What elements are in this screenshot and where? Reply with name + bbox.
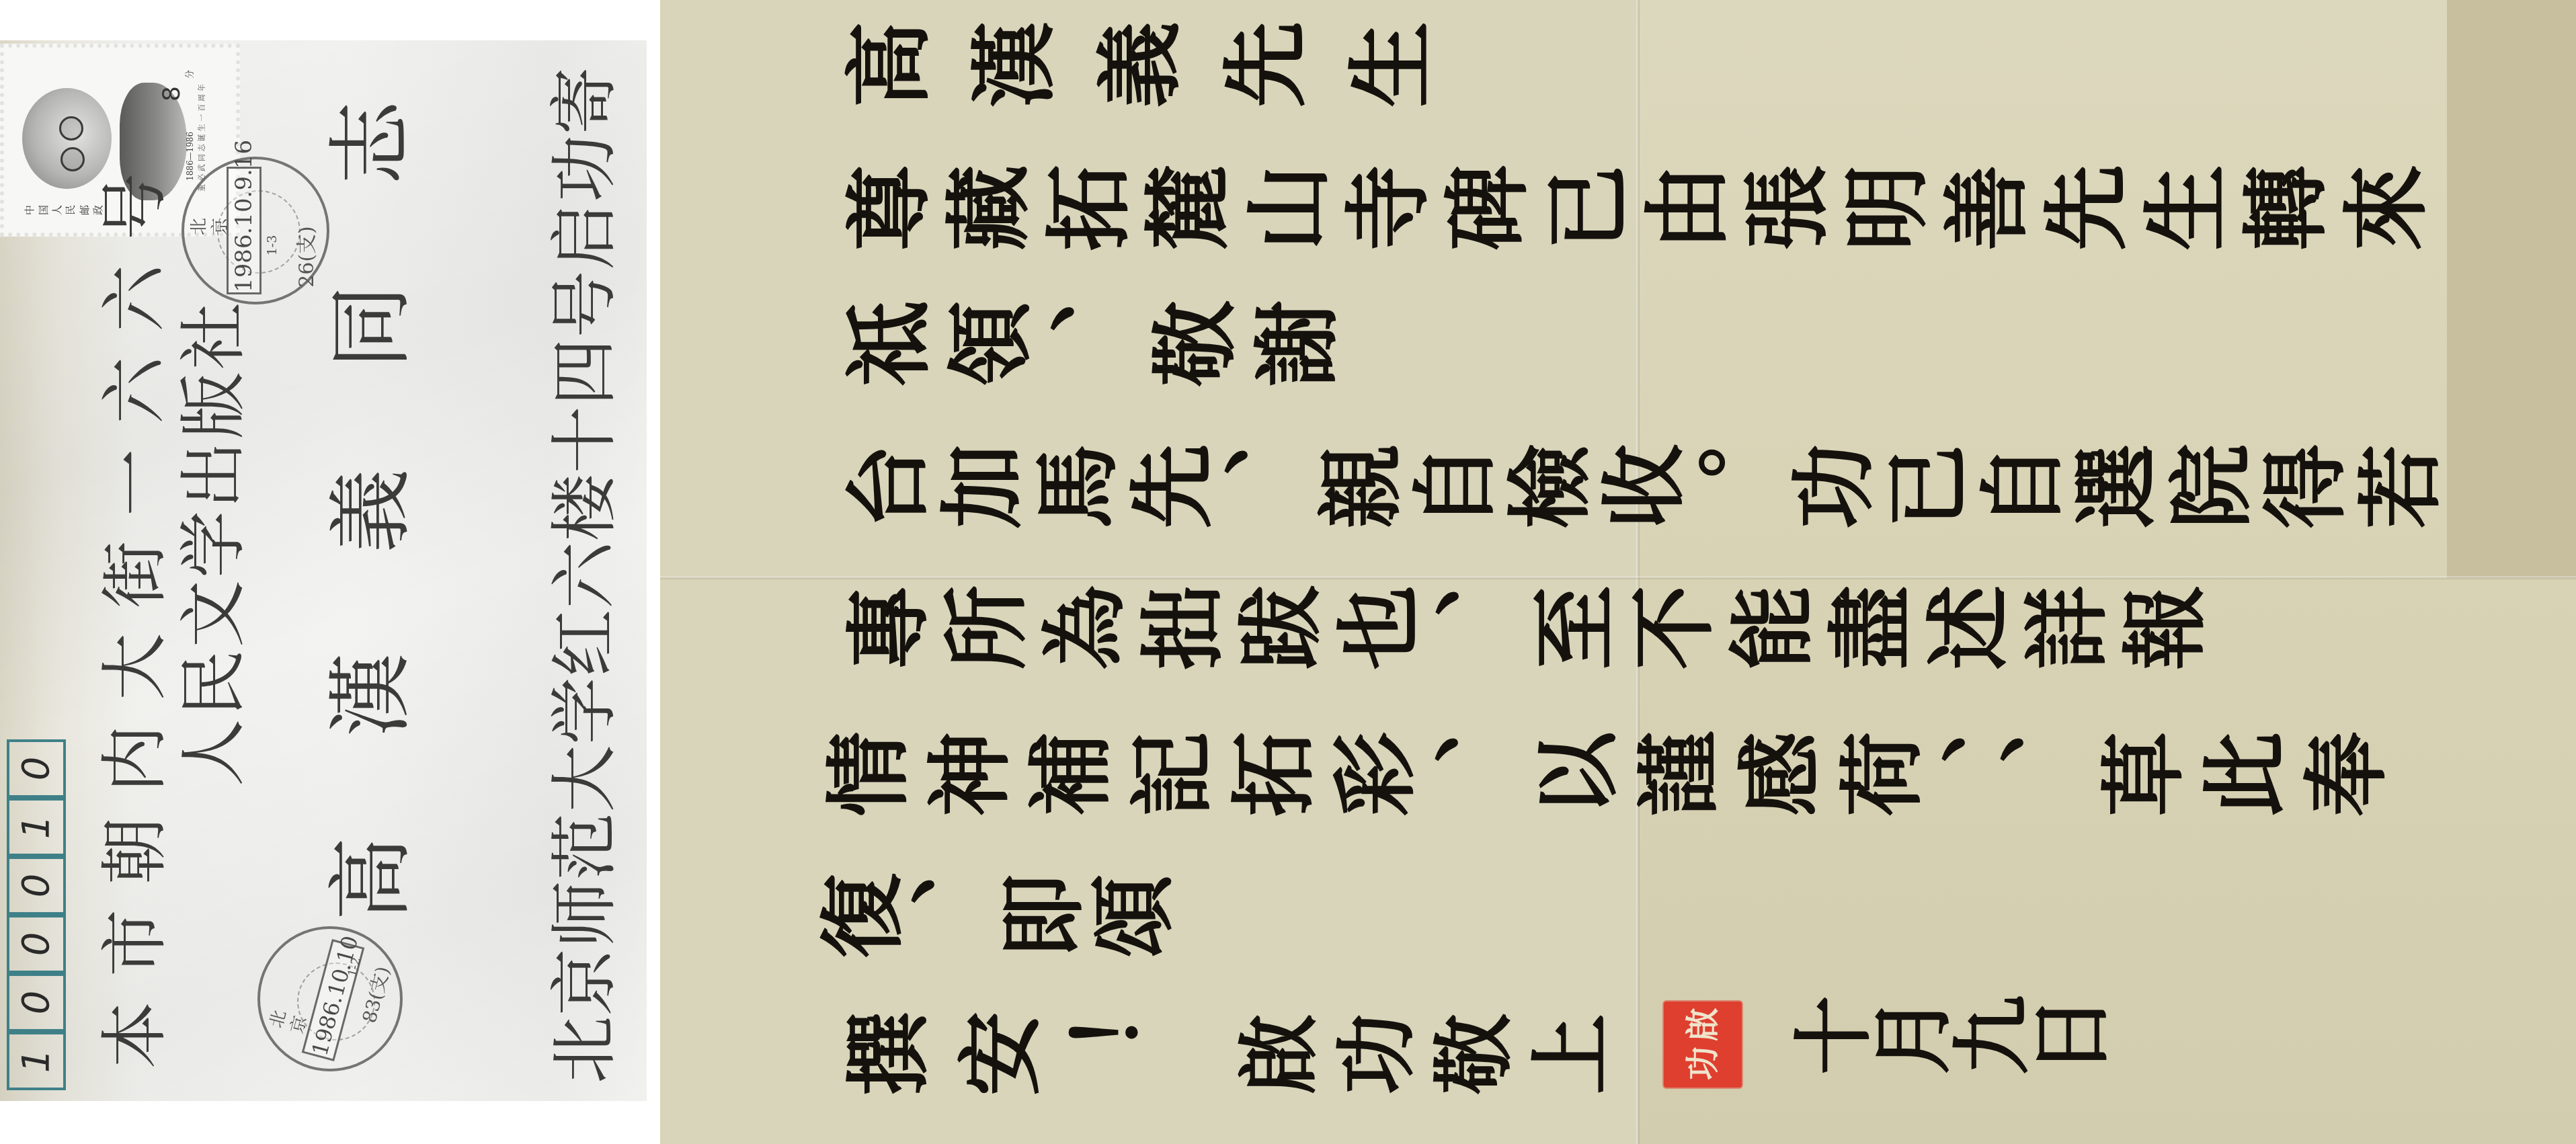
red-seal: 啟 功 [1664, 1002, 1742, 1088]
letter-signature: 啟功敬上 [1236, 1005, 1609, 1116]
seal-char: 功 [1684, 1045, 1722, 1082]
letter-salutation: 高漢義先生 [844, 24, 1432, 121]
letter-line: 情神補記拓彩、以謹感荷、、草此奉 [823, 723, 2386, 837]
paper-fold-horizontal [660, 576, 2576, 579]
letter-line: 專所為拙跋也、至不能盡述詳報 [844, 583, 2205, 684]
letter-line: 尊藏拓麓山寺碑已由張明善先生轉來 [844, 161, 2427, 269]
letter-line: 祗領、敬謝 [844, 302, 1338, 400]
letter-closing: 撰安！ [844, 1005, 1153, 1116]
letter-line: 復、即頌 [818, 870, 1173, 975]
letter-paper-shadow-corner [2447, 0, 2576, 578]
seal-char: 啟 [1684, 1006, 1722, 1043]
letter: 高漢義先生 尊藏拓麓山寺碑已由張明善先生轉來 祗領、敬謝 台加馬先、親自檢收。功… [0, 0, 2576, 1144]
letter-date: 十月九日 [1792, 995, 2087, 1089]
letter-line: 台加馬先、親自檢收。功已自選院得若 [844, 436, 2440, 550]
